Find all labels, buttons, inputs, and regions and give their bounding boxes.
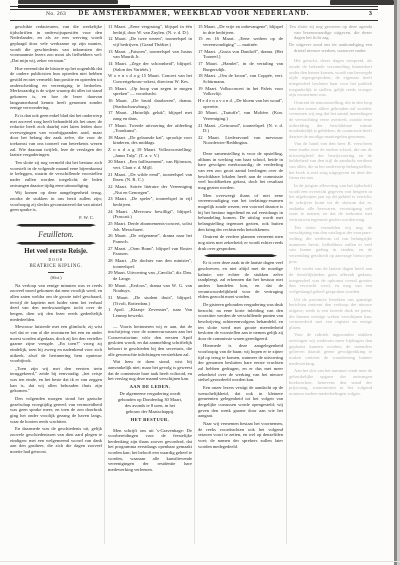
text-block: De gisteren gehouden vergadering was dru… [198,302,283,342]
text-block: Den volgenden morgen stond het gansche g… [10,396,102,424]
text-block: 12 Maart. „De twee wezen'', tooneelspel … [108,36,192,47]
text-block: 18 Maart. „De gelaarsde kat'', sprookje … [108,135,192,146]
text-block: 15 en 16 Maart. „Eene wedren op de veree… [198,36,283,47]
text-block: — Voorts herinneren wij er aan, dat de i… [108,324,192,358]
text-block: Men schrijft ons uit 's-Gravenhage: De v… [108,428,192,473]
text-block: En daarmede was de geschiedenis uit, gel… [10,426,102,454]
text-block: 22 Maart. Soirée litéraire der Vereenigi… [108,184,192,195]
column-gutter-rule-1 [104,24,105,544]
text-block: 20 Maart. „Een faillissement'', van Björ… [108,159,192,170]
text-block: Omtrent de tentoonstelling, die in den l… [289,100,372,140]
text-block: Het weder van de laatste dagen heeft aan… [289,266,372,294]
text-block: 21 Maart. „De wilde eend'', tooneelspel … [108,172,192,183]
text-block: „Toen zijn wij met den eersten trein ter… [10,366,102,394]
text-block: 28 Maart. „De dochter van den minister''… [108,258,192,269]
text-block: geschikte redacteuren, van die werkelijk… [10,24,102,64]
text-block: Er is over deze zaak in de laatste dagen… [198,260,283,300]
text-block: 31 Maart. „De student thuis'', blijspel.… [108,295,192,306]
text-block: Z o n d a g 19 Maart. Volksvoorstelling:… [108,147,192,158]
text-block: Aan het slot van het nummer vindt men de… [289,368,372,396]
text-block: 17 Maart. „Gusta von Daniloff'', drama. … [198,49,283,60]
text-block: 26 Maart. „De erfgename'', drama naar he… [108,233,192,244]
text-block: Naar wij vernemen bestaat het voornemen,… [198,421,283,449]
text-block: Er is dan ook geen enkel blad dat het on… [10,113,102,158]
text-block: gebouw der Maatschappij. [108,409,192,415]
scan-smudge-top-left [18,0,118,4]
text-block: 17 Maart. „Hamlet'', in de vertaling van… [198,61,283,72]
header-rule-bottom [10,20,378,21]
text-block: Hoe vreemd dat de historie op het oogenb… [10,66,102,111]
newspaper-page: No. 263 DE AMSTERDAMMER, WEEKBLAD VOOR N… [0,0,400,565]
text-block: Van de hand van den heer B. verscheen ee… [289,141,372,181]
text-block: Hiermede is deze aangelegenheid voorloop… [198,343,283,383]
header-rule-accent [18,5,130,8]
text-block: F. W. C. [10,215,102,221]
masthead-title: DE AMSTERDAMMER, WEEKBLAD VOOR NEDERLAND… [10,10,378,17]
text-block: 18 Maart. „Om de kroon'', van Coppée, ve… [198,73,283,84]
text-block: 30 Maart. „Eerloos'', drama van W. G. va… [108,283,192,294]
text-block: Wat hem te doen stond, wist hij aanvanke… [108,359,192,382]
text-block: Mevrouw luisterde met een glimlach; zij … [10,324,102,364]
text-block: 22 Maart. Liederavond van mevrouw Noorde… [198,135,283,146]
page-header: No. 263 DE AMSTERDAMMER, WEEKBLAD VOOR N… [10,10,378,20]
text-block: 25 Maart. Derde abonnements-concert, sol… [108,221,192,232]
text-block: Een onzer lezers vestigt de aandacht op … [198,385,283,419]
column-gutter-rule-2 [194,24,195,544]
text-block [16,242,96,245]
text-block [108,424,192,427]
text-block: 11 Maart. „Eene vergissing'', blijspel i… [108,24,192,35]
text-block: De algemeene vergadering wordt [108,391,192,397]
column-1: geschikte redacteuren, van die werkelijk… [10,24,102,548]
text-block: 17 Maart. Tweede uitvoering der afdeelin… [108,123,192,134]
text-block: Omtrent de verdere plannen verneemt men … [198,234,283,251]
text-block: 27 Maart. „Oom Bram'', blijspel van Rosi… [108,246,192,257]
text-block [198,147,283,150]
text-block [289,54,372,57]
text-block: Uit de provincie bereiken ons gunstige b… [289,297,372,331]
text-block: 13 Maart. „Fatsoen'', tooneelspel van Ju… [108,49,192,60]
text-block: 21 Maart. „Getrouwd'', tooneelspel. (N. … [198,123,283,134]
text-block: HET BESTUUR. [108,417,192,423]
text-block: 17 Maart. „Huiselijk geluk'', blijspel m… [108,110,192,121]
text-block: W o e n s d a g 15 Maart. Concert van he… [108,73,192,84]
column-gutter-rule-3 [286,24,287,544]
column-3: 15 Maart. „De vrije en onbevangene'', bl… [198,24,283,548]
text-block: 15 Maart. „De vrije en onbevangene'', bl… [198,24,283,35]
column-4: Ten slotte zij nog gewezen op deze agend… [289,24,372,548]
text-block: In de jongste aflevering van het tijdsch… [289,183,372,223]
text-block: Feuilleton. [10,230,102,239]
text-block: Ten slotte zij nog vermeld dat het bestu… [10,160,102,188]
text-block: AAN DE LEDEN. [108,384,192,390]
column-2: 11 Maart. „Eene vergissing'', blijspel i… [108,24,192,548]
text-block: 15 Maart. „Op hoop van zegen te mogen sp… [108,86,192,97]
text-block: des avonds te 8 uren, in het [108,403,192,409]
text-block: H e d e n a v o n d. „De bloem van het w… [198,98,283,109]
text-block: Ten slotte vermelden wij nog de verschij… [289,225,372,265]
scan-smudge-top-right [330,0,394,5]
text-block: Na verloop van eenige minuten was er ree… [10,283,102,323]
text-block: Het gerucht, dezer dagen verspreid, als … [289,58,372,98]
text-block: 1 April. „Klaasje Zevenster'', naar Van … [108,307,192,318]
text-block [48,272,64,273]
text-block: DOOR [10,258,102,264]
text-block: gehouden op Donderdag 30 Maart, [108,397,192,403]
text-block: 29 Maart. Uitvoering van „Cæcilia'', dir… [108,270,192,281]
text-block: Ten slotte zij nog gewezen op deze agend… [289,24,372,41]
text-block: 24 Maart. „Mevrouw bewilligt'', blijspel… [108,209,192,220]
page-number: 3 [369,10,372,17]
text-block: De uitgever zond ons ter aankondiging ee… [289,42,372,53]
text-block: Voor de rubriek ingezonden stukken ontvi… [289,332,372,366]
text-block: 16 Maart. „De bruid daarboven'', drama. … [108,98,192,109]
bottom-edge-line [0,561,400,562]
text-block: Het veel eerste Reisje. [10,248,102,256]
text-block: Wij komen op deze aangelegenheid terug, … [10,190,102,213]
text-block: 19 Maart. Volksconcert in het Paleis voo… [198,86,283,97]
text-block: (Slot.) [10,275,102,281]
text-block: 20 Maart. „Tartuffe'', van Molière. (Kon… [198,110,283,121]
text-block: Deze samenstelling is voor de opstelling… [198,151,283,191]
text-block [204,254,277,257]
text-block: 23 Maart. „De speler'', tooneelspel in v… [108,196,192,207]
text-block: 14 Maart. „Zege der schoonheid'', blijsp… [108,61,192,72]
text-block: BEATRICE KIPLING. [10,264,102,270]
text-block: Men overweegt thans of niet eene vereenv… [198,193,283,233]
text-block [108,320,192,323]
text-block [16,224,96,227]
